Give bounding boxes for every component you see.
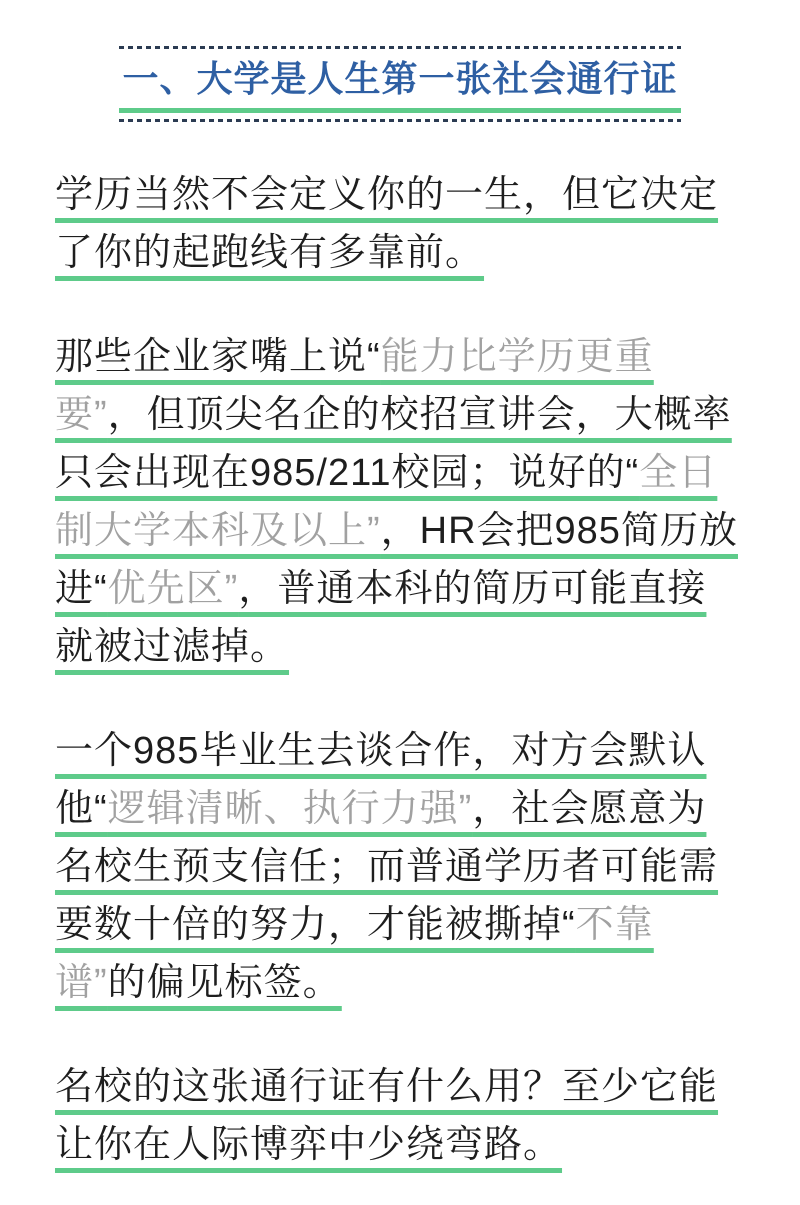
paragraph: 那些企业家嘴上说“能力比学历更重要”，但顶尖名企的校招宣讲会，大概率只会出现在9… bbox=[55, 328, 745, 676]
body-text-segment: 那些企业家嘴上说“ bbox=[55, 336, 381, 378]
section-title-wrap: 一、大学是人生第一张社会通行证 bbox=[119, 46, 680, 122]
body-text-segment: 学历当然不会定义你的一生，但它决定了你的起跑线有多靠前。 bbox=[55, 174, 718, 274]
paragraph: 名校的这张通行证有什么用？至少它能让你在人际博弈中少绕弯路。 bbox=[55, 1058, 745, 1174]
section-title: 一、大学是人生第一张社会通行证 bbox=[119, 54, 680, 113]
paragraph: 一个985毕业生去谈合作，对方会默认他“逻辑清晰、执行力强”，社会愿意为名校生预… bbox=[55, 722, 745, 1012]
article-body: 学历当然不会定义你的一生，但它决定了你的起跑线有多靠前。那些企业家嘴上说“能力比… bbox=[55, 166, 745, 1174]
body-text-segment: 的偏见标签。 bbox=[108, 962, 342, 1004]
quoted-highlight-text: 逻辑清晰、执行力强” bbox=[108, 788, 473, 830]
dashed-divider-top bbox=[119, 46, 680, 49]
body-text-segment: ，但顶尖名企的校招宣讲会，大概率只会出现在985/211校园；说好的“ bbox=[55, 394, 732, 494]
section-header: 一、大学是人生第一张社会通行证 bbox=[55, 46, 745, 122]
body-text-segment: 名校的这张通行证有什么用？至少它能让你在人际博弈中少绕弯路。 bbox=[55, 1066, 718, 1166]
article-page: 一、大学是人生第一张社会通行证 学历当然不会定义你的一生，但它决定了你的起跑线有… bbox=[0, 0, 800, 1205]
dashed-divider-bottom bbox=[119, 119, 680, 122]
quoted-highlight-text: 优先区” bbox=[108, 568, 239, 610]
paragraph: 学历当然不会定义你的一生，但它决定了你的起跑线有多靠前。 bbox=[55, 166, 745, 282]
